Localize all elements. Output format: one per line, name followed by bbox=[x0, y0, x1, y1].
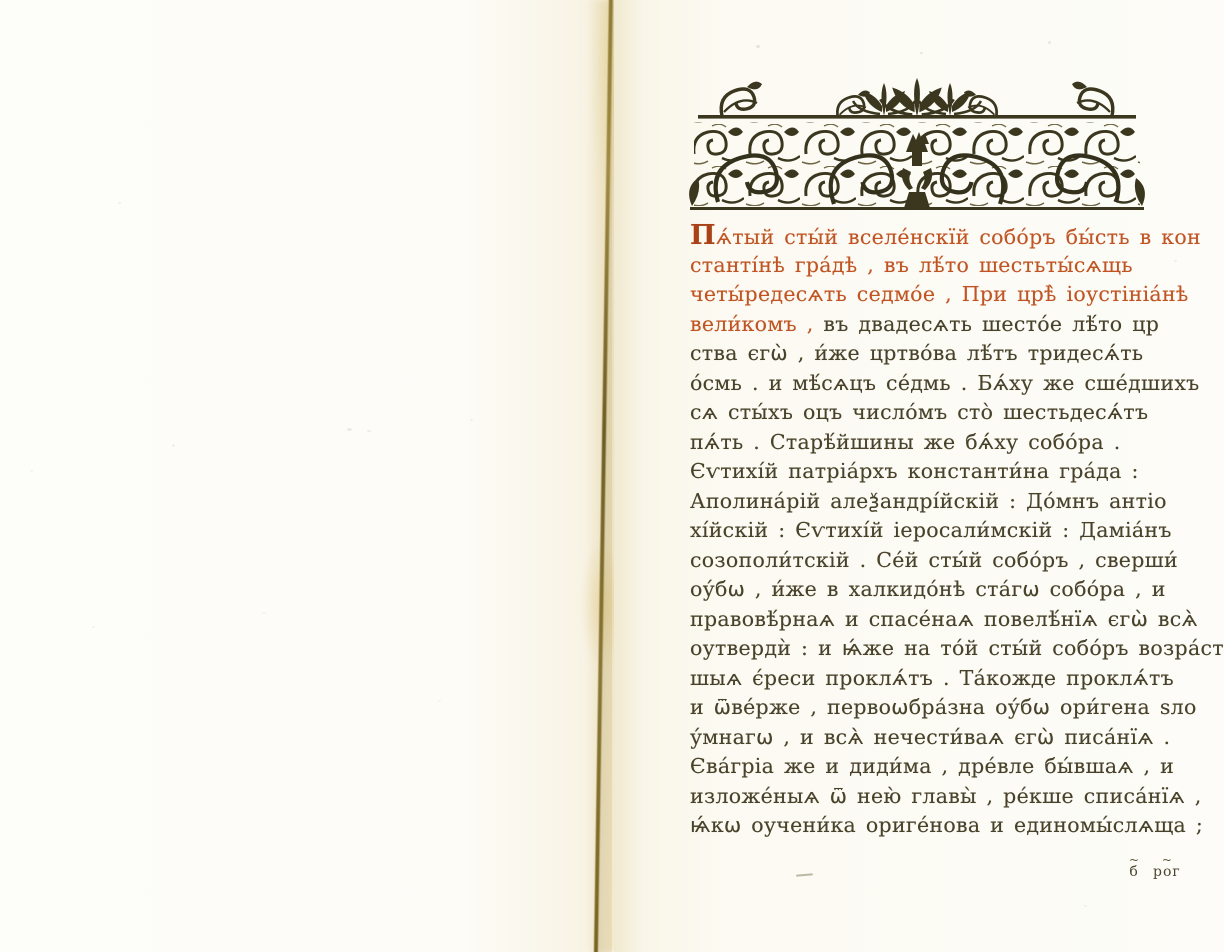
text-line: изложе́ныѧ ѿ нею̀ главы̀ , ре́кше списа́… bbox=[690, 782, 1176, 812]
text-line: Пѧ́тый сты́й вселе́нскїй собо́ръ бы́сть … bbox=[690, 221, 1176, 251]
black-ink-text: Єва́гріа же и диди́ма , дре́вле бы́вшаѧ … bbox=[690, 754, 1174, 778]
text-line: пѧ́ть . Старѣ́йшины же бѧ́ху собо́ра . bbox=[690, 428, 1176, 458]
black-ink-text: изложе́ныѧ ѿ нею̀ главы̀ , ре́кше списа́… bbox=[690, 784, 1202, 808]
text-line: четы́редесѧть седмо́е , При црѣ̀ іоустін… bbox=[690, 280, 1176, 310]
paper-speck bbox=[172, 444, 175, 447]
red-ink-text: вели́комъ , bbox=[690, 312, 823, 336]
text-line: вели́комъ , въ двадесѧть шесто́е лѣ́то ц… bbox=[690, 310, 1176, 340]
black-ink-text: ѩ́кѡ оучени́ка ориге́нова и единомы́слѧщ… bbox=[690, 813, 1203, 837]
black-ink-text: пѧ́ть . Старѣ́йшины же бѧ́ху собо́ра . bbox=[690, 430, 1121, 454]
black-ink-text: Єѵтихі́й патріа́рхъ константи́на гра́да … bbox=[690, 459, 1139, 483]
black-ink-text: сѧ сты́хъ оцъ число́мъ сто̀ шестьдесѧ́тъ bbox=[690, 400, 1148, 424]
text-line: правовѣ́рнаѧ и спасе́наѧ повелѣ́нїѧ єгѡ̀… bbox=[690, 605, 1176, 635]
paper-speck bbox=[1048, 41, 1051, 44]
red-ink-text: четы́редесѧть седмо́е , При црѣ̀ іоустін… bbox=[690, 282, 1189, 306]
woodcut-headpiece bbox=[688, 74, 1146, 214]
text-line: Єѵтихі́й патріа́рхъ константи́на гра́да … bbox=[690, 457, 1176, 487]
paper-speck bbox=[262, 612, 266, 614]
black-ink-text: оутвердѝ : и ѩ́же на то́й сты́й собо́ръ … bbox=[690, 636, 1224, 660]
black-ink-text: у́мнагѡ , и всѧ̀ нечести́ваѧ єгѡ̀ писа́н… bbox=[690, 725, 1170, 749]
paper-speck bbox=[1084, 905, 1087, 907]
text-line: ѩ́кѡ оучени́ка ориге́нова и единомы́слѧщ… bbox=[690, 811, 1176, 841]
text-line: станті́нѣ гра́дѣ , въ лѣ́то шестьты́сѧщь bbox=[690, 251, 1176, 281]
faint-dash-mark bbox=[796, 873, 813, 876]
paper-speck bbox=[920, 52, 923, 54]
text-line: о́смь . и мѣ́сѧцъ се́дмь . Бѧ́ху же сше́… bbox=[690, 369, 1176, 399]
page-right: Пѧ́тый сты́й вселе́нскїй собо́ръ бы́сть … bbox=[614, 0, 1224, 952]
quire-signature-letter: б bbox=[1129, 865, 1138, 879]
black-ink-text: шыѧ є́реси проклѧ́тъ . Та́кожде проклѧ́т… bbox=[690, 666, 1174, 690]
headpiece-ornament-graphic bbox=[688, 74, 1146, 214]
red-ink-text: Пѧ́тый сты́й вселе́нскїй собо́ръ бы́сть … bbox=[690, 225, 1201, 249]
text-line: ства єгѡ̀ , и́же цртво́ва лѣ́тъ тридесѧ́… bbox=[690, 339, 1176, 369]
text-line: сѧ сты́хъ оцъ число́мъ сто̀ шестьдесѧ́тъ bbox=[690, 398, 1176, 428]
text-block: Пѧ́тый сты́й вселе́нскїй собо́ръ бы́сть … bbox=[690, 221, 1176, 841]
text-line: шыѧ є́реси проклѧ́тъ . Та́кожде проклѧ́т… bbox=[690, 664, 1176, 694]
quire-signature: ~ б bbox=[1129, 857, 1139, 879]
black-ink-text: и ѿве́рже , первоѡбра́зна оу́бѡ ори́гена… bbox=[690, 695, 1197, 719]
black-ink-text: о́смь . и мѣ́сѧцъ се́дмь . Бѧ́ху же сше́… bbox=[690, 371, 1200, 395]
folio-number: ~ рог bbox=[1153, 857, 1181, 879]
paper-speck bbox=[347, 428, 352, 431]
paper-speck bbox=[118, 202, 121, 204]
page-left-blank bbox=[0, 0, 612, 952]
text-line: хі́йскій : Єѵтихі́й іеросали́мскій : Дам… bbox=[690, 516, 1176, 546]
text-line: оу́бѡ , и́же в халкидо́нѣ ста́гѡ собо́ра… bbox=[690, 575, 1176, 605]
paper-speck bbox=[756, 45, 760, 48]
paper-speck bbox=[470, 419, 473, 421]
text-line: и ѿве́рже , первоѡбра́зна оу́бѡ ори́гена… bbox=[690, 693, 1176, 723]
paper-speck bbox=[367, 430, 371, 432]
paper-speck bbox=[438, 700, 441, 702]
black-ink-text: въ двадесѧть шесто́е лѣ́то цр bbox=[823, 312, 1159, 336]
paper-speck bbox=[92, 626, 95, 628]
black-ink-text: ства єгѡ̀ , и́же цртво́ва лѣ́тъ тридесѧ́… bbox=[690, 341, 1143, 365]
text-line: Єва́гріа же и диди́ма , дре́вле бы́вшаѧ … bbox=[690, 752, 1176, 782]
text-line: Аполина́рій алеѯандрі́йскій : До́мнъ ант… bbox=[690, 487, 1176, 517]
paper-speck bbox=[30, 470, 33, 472]
black-ink-text: созополи́тскій . Се́й сты́й собо́ръ , св… bbox=[690, 548, 1178, 572]
text-line: оутвердѝ : и ѩ́же на то́й сты́й собо́ръ … bbox=[690, 634, 1176, 664]
book-scan: Пѧ́тый сты́й вселе́нскїй собо́ръ бы́сть … bbox=[0, 0, 1224, 952]
paper-speck bbox=[1174, 260, 1177, 262]
red-ink-text: станті́нѣ гра́дѣ , въ лѣ́то шестьты́сѧщь bbox=[690, 253, 1133, 277]
black-ink-text: оу́бѡ , и́же в халкидо́нѣ ста́гѡ собо́ра… bbox=[690, 577, 1166, 601]
black-ink-text: хі́йскій : Єѵтихі́й іеросали́мскій : Дам… bbox=[690, 518, 1172, 542]
folio-number-text: рог bbox=[1153, 865, 1181, 879]
black-ink-text: Аполина́рій алеѯандрі́йскій : До́мнъ ант… bbox=[690, 489, 1167, 513]
black-ink-text: правовѣ́рнаѧ и спасе́наѧ повелѣ́нїѧ єгѡ̀… bbox=[690, 607, 1198, 631]
text-line: созополи́тскій . Се́й сты́й собо́ръ , св… bbox=[690, 546, 1176, 576]
text-line: у́мнагѡ , и всѧ̀ нечести́ваѧ єгѡ̀ писа́н… bbox=[690, 723, 1176, 753]
